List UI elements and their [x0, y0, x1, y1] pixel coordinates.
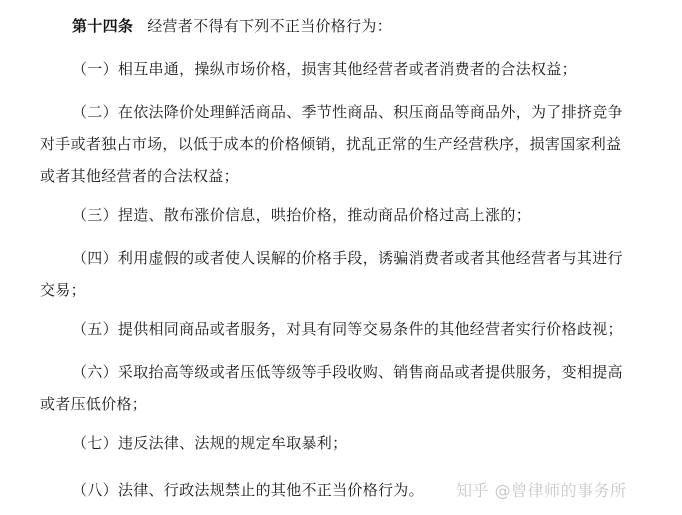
- clause-line: （三）捏造、散布涨价信息，哄抬价格，推动商品价格过高上涨的；: [72, 205, 531, 225]
- clause-line: （二）在依法降价处理鲜活商品、季节性商品、积压商品等商品外，为了排挤竞争: [72, 102, 623, 122]
- article-intro: 经营者不得有下列不正当价格行为：: [147, 17, 392, 35]
- clause-line: 交易；: [40, 280, 86, 300]
- watermark: 知乎 @曾律师的事务所: [456, 478, 627, 501]
- clause-line: 或者其他经营者的合法权益；: [40, 166, 239, 186]
- article-number: 第十四条: [72, 17, 133, 35]
- article-heading: 第十四条经营者不得有下列不正当价格行为：: [72, 16, 392, 36]
- clause-line: （四）利用虚假的或者使人误解的价格手段，诱骗消费者或者其他经营者与其进行: [72, 248, 623, 268]
- clause-line: （七）违反法律、法规的规定牟取暴利；: [72, 433, 347, 453]
- clause-line: （五）提供相同商品或者服务，对具有同等交易条件的其他经营者实行价格歧视；: [72, 319, 623, 339]
- clause-line: （六）采取抬高等级或者压低等级等手段收购、销售商品或者提供服务，变相提高: [72, 362, 623, 382]
- clause-line: 或者压低价格；: [40, 394, 147, 414]
- clause-line: 对手或者独占市场，以低于成本的价格倾销，扰乱正常的生产经营秩序，损害国家利益: [40, 134, 621, 154]
- clause-line: （八）法律、行政法规禁止的其他不正当价格行为。: [72, 480, 424, 500]
- clause-line: （一）相互串通，操纵市场价格，损害其他经营者或者消费者的合法权益；: [72, 59, 577, 79]
